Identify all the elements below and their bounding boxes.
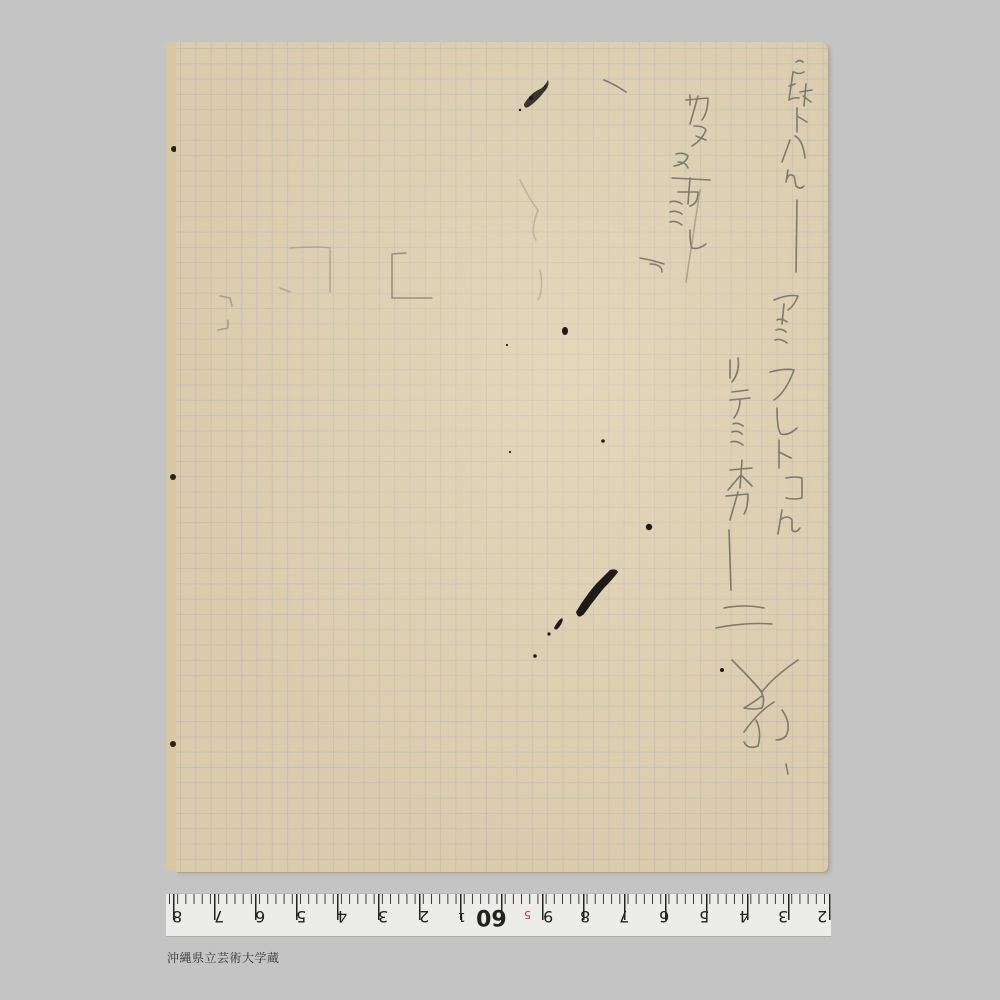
notebook-page xyxy=(176,42,828,872)
ruler-label: 2 xyxy=(817,907,827,926)
ruler-label: 7 xyxy=(214,907,224,926)
ruler-label: 8 xyxy=(172,907,182,926)
ruler-label: 4 xyxy=(739,907,749,926)
ruler-label: 6 xyxy=(659,907,669,926)
ruler-label: 2 xyxy=(419,907,429,926)
ruler-label: 1 xyxy=(458,910,466,924)
paper-aging-tint xyxy=(176,42,828,872)
ruler-label: 8 xyxy=(580,907,590,926)
ruler-label: 5 xyxy=(296,907,306,926)
ruler-label: 4 xyxy=(337,907,347,926)
collection-credit-caption: 沖縄県立芸術大学蔵 xyxy=(167,949,280,966)
ruler-red-label: 5 xyxy=(524,908,531,921)
ruler-label: 7 xyxy=(619,907,629,926)
ruler-label: 3 xyxy=(378,907,388,926)
ruler-label: 6 xyxy=(255,907,265,926)
measuring-ruler: 8 7 6 5 4 3 2 1 60 5 9 8 7 6 5 4 3 2 xyxy=(166,893,831,937)
ruler-label: 5 xyxy=(699,907,709,926)
ruler-center-label: 60 xyxy=(476,904,507,929)
ruler-label: 3 xyxy=(778,907,788,926)
ruler-label: 9 xyxy=(543,907,553,926)
